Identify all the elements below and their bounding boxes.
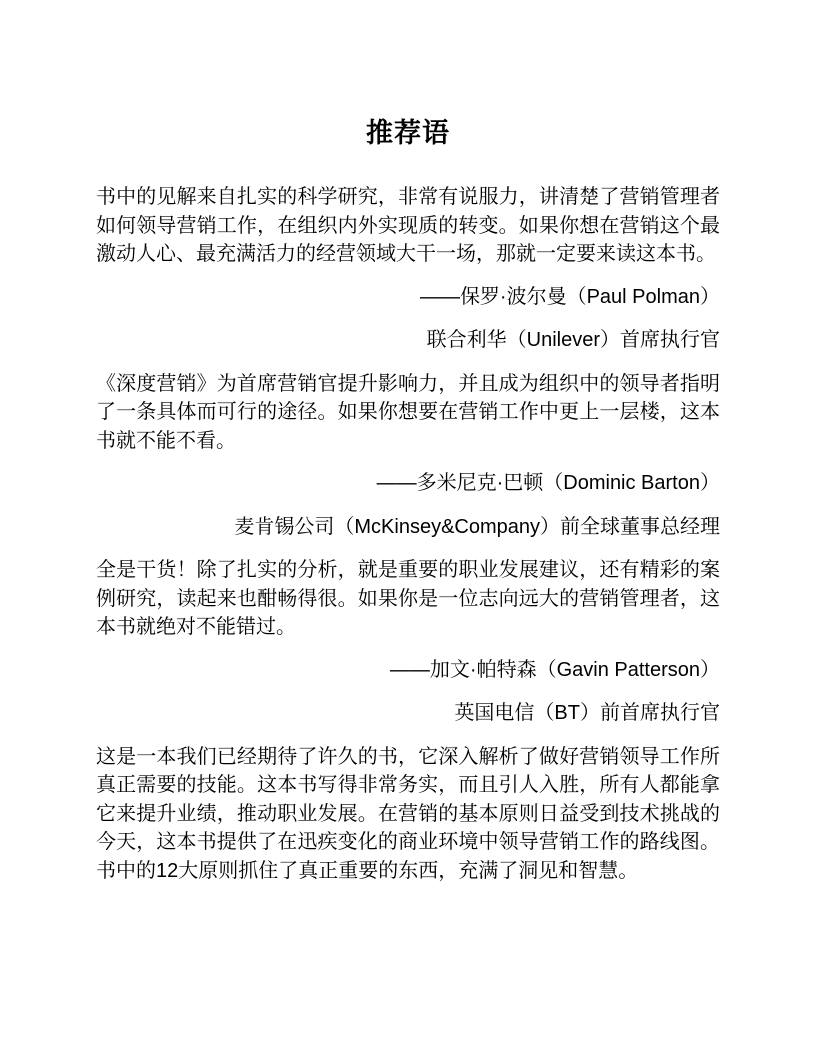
endorsement-section-3: 全是干货！除了扎实的分析，就是重要的职业发展建议，还有精彩的案例研究，读起来也酣…: [96, 556, 720, 728]
endorsement-quote: 书中的见解来自扎实的科学研究，非常有说服力，讲清楚了营销管理者如何领导营销工作，…: [96, 183, 720, 269]
document-page: 推荐语 书中的见解来自扎实的科学研究，非常有说服力，讲清楚了营销管理者如何领导营…: [0, 0, 816, 1056]
endorsement-author: ——多米尼克·巴顿（Dominic Barton）: [96, 469, 720, 498]
endorsement-author-role: 英国电信（BT）前首席执行官: [96, 699, 720, 728]
endorsement-author-role: 麦肯锡公司（McKinsey&Company）前全球董事总经理: [96, 513, 720, 542]
endorsement-section-4: 这是一本我们已经期待了许久的书，它深入解析了做好营销领导工作所真正需要的技能。这…: [96, 743, 720, 886]
endorsement-quote: 这是一本我们已经期待了许久的书，它深入解析了做好营销领导工作所真正需要的技能。这…: [96, 743, 720, 886]
endorsement-quote: 全是干货！除了扎实的分析，就是重要的职业发展建议，还有精彩的案例研究，读起来也酣…: [96, 556, 720, 642]
endorsement-section-1: 书中的见解来自扎实的科学研究，非常有说服力，讲清楚了营销管理者如何领导营销工作，…: [96, 183, 720, 355]
endorsement-quote: 《深度营销》为首席营销官提升影响力，并且成为组织中的领导者指明了一条具体而可行的…: [96, 370, 720, 456]
endorsement-author: ——加文·帕特森（Gavin Patterson）: [96, 656, 720, 685]
endorsement-author-role: 联合利华（Unilever）首席执行官: [96, 326, 720, 355]
endorsement-section-2: 《深度营销》为首席营销官提升影响力，并且成为组织中的领导者指明了一条具体而可行的…: [96, 370, 720, 542]
page-title: 推荐语: [96, 116, 720, 151]
endorsement-author: ——保罗·波尔曼（Paul Polman）: [96, 283, 720, 312]
